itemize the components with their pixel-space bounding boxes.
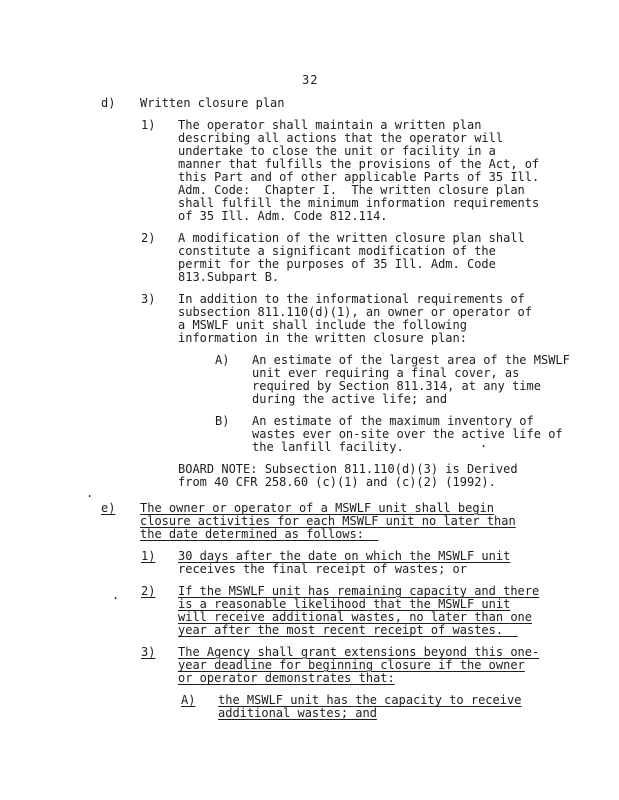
- item-d-2: 2)A modification of the written closure …: [0, 232, 619, 284]
- scanned-document-page: 32 d)Written closure plan1)The operator …: [0, 0, 619, 800]
- item-d-1: 1)The operator shall maintain a written …: [0, 119, 619, 223]
- text-line: of 35 Ill. Adm. Code 812.114.: [178, 210, 539, 223]
- scan-artifact-dot: .: [480, 437, 487, 450]
- section-d-heading: d)Written closure plan: [0, 97, 619, 110]
- text-line: the date determined as follows:: [140, 528, 516, 541]
- item-label: e): [101, 502, 140, 541]
- item-text: An estimate of the largest area of the M…: [252, 354, 570, 406]
- text-line: 813.Subpart B.: [178, 271, 525, 284]
- section-e-heading: e)The owner or operator of a MSWLF unit …: [0, 502, 619, 541]
- item-text: 30 days after the date on which the MSWL…: [178, 550, 510, 576]
- item-e-1: 1)30 days after the date on which the MS…: [0, 550, 619, 576]
- item-e-3-A: A)the MSWLF unit has the capacity to rec…: [0, 694, 619, 720]
- item-label: 1): [141, 550, 178, 576]
- item-d-3-B: B)An estimate of the maximum inventory o…: [0, 415, 619, 454]
- item-label: 3): [141, 646, 178, 685]
- item-e-2: 2)If the MSWLF unit has remaining capaci…: [0, 585, 619, 637]
- text-line: or operator demonstrates that:: [178, 672, 539, 685]
- text-line: during the active life; and: [252, 393, 570, 406]
- text-line: the lanfill facility.: [252, 441, 563, 454]
- item-label: 2): [141, 232, 178, 284]
- text-line: year after the most recent receipt of wa…: [178, 624, 539, 637]
- item-label: B): [215, 415, 252, 454]
- item-text: The operator shall maintain a written pl…: [178, 119, 539, 223]
- item-e-3: 3)The Agency shall grant extensions beyo…: [0, 646, 619, 685]
- item-label: 1): [141, 119, 178, 223]
- text-line: receives the final receipt of wastes; or: [178, 563, 510, 576]
- item-text: An estimate of the maximum inventory ofw…: [252, 415, 563, 454]
- item-text: In addition to the informational require…: [178, 293, 532, 345]
- item-label: A): [181, 694, 218, 720]
- text-line: from 40 CFR 258.60 (c)(1) and (c)(2) (19…: [178, 476, 518, 489]
- item-text: Written closure plan: [140, 97, 285, 110]
- item-text: The Agency shall grant extensions beyond…: [178, 646, 539, 685]
- document-body: d)Written closure plan1)The operator sha…: [0, 97, 619, 729]
- item-text: If the MSWLF unit has remaining capacity…: [178, 585, 539, 637]
- text-line: Written closure plan: [140, 97, 285, 110]
- item-d-3-A: A)An estimate of the largest area of the…: [0, 354, 619, 406]
- item-label: A): [215, 354, 252, 406]
- item-label: d): [101, 97, 140, 110]
- item-d-3: 3)In addition to the informational requi…: [0, 293, 619, 345]
- text-line: additional wastes; and: [218, 707, 521, 720]
- item-text: A modification of the written closure pl…: [178, 232, 525, 284]
- item-text: The owner or operator of a MSWLF unit sh…: [140, 502, 516, 541]
- scan-artifact-dot: .: [86, 487, 93, 500]
- item-label: 2): [141, 585, 178, 637]
- item-text: the MSWLF unit has the capacity to recei…: [218, 694, 521, 720]
- item-label: 3): [141, 293, 178, 345]
- text-line: information in the written closure plan:: [178, 332, 532, 345]
- scan-artifact-dot: .: [112, 589, 119, 602]
- page-number: 32: [302, 74, 318, 87]
- item-text: BOARD NOTE: Subsection 811.110(d)(3) is …: [178, 463, 518, 489]
